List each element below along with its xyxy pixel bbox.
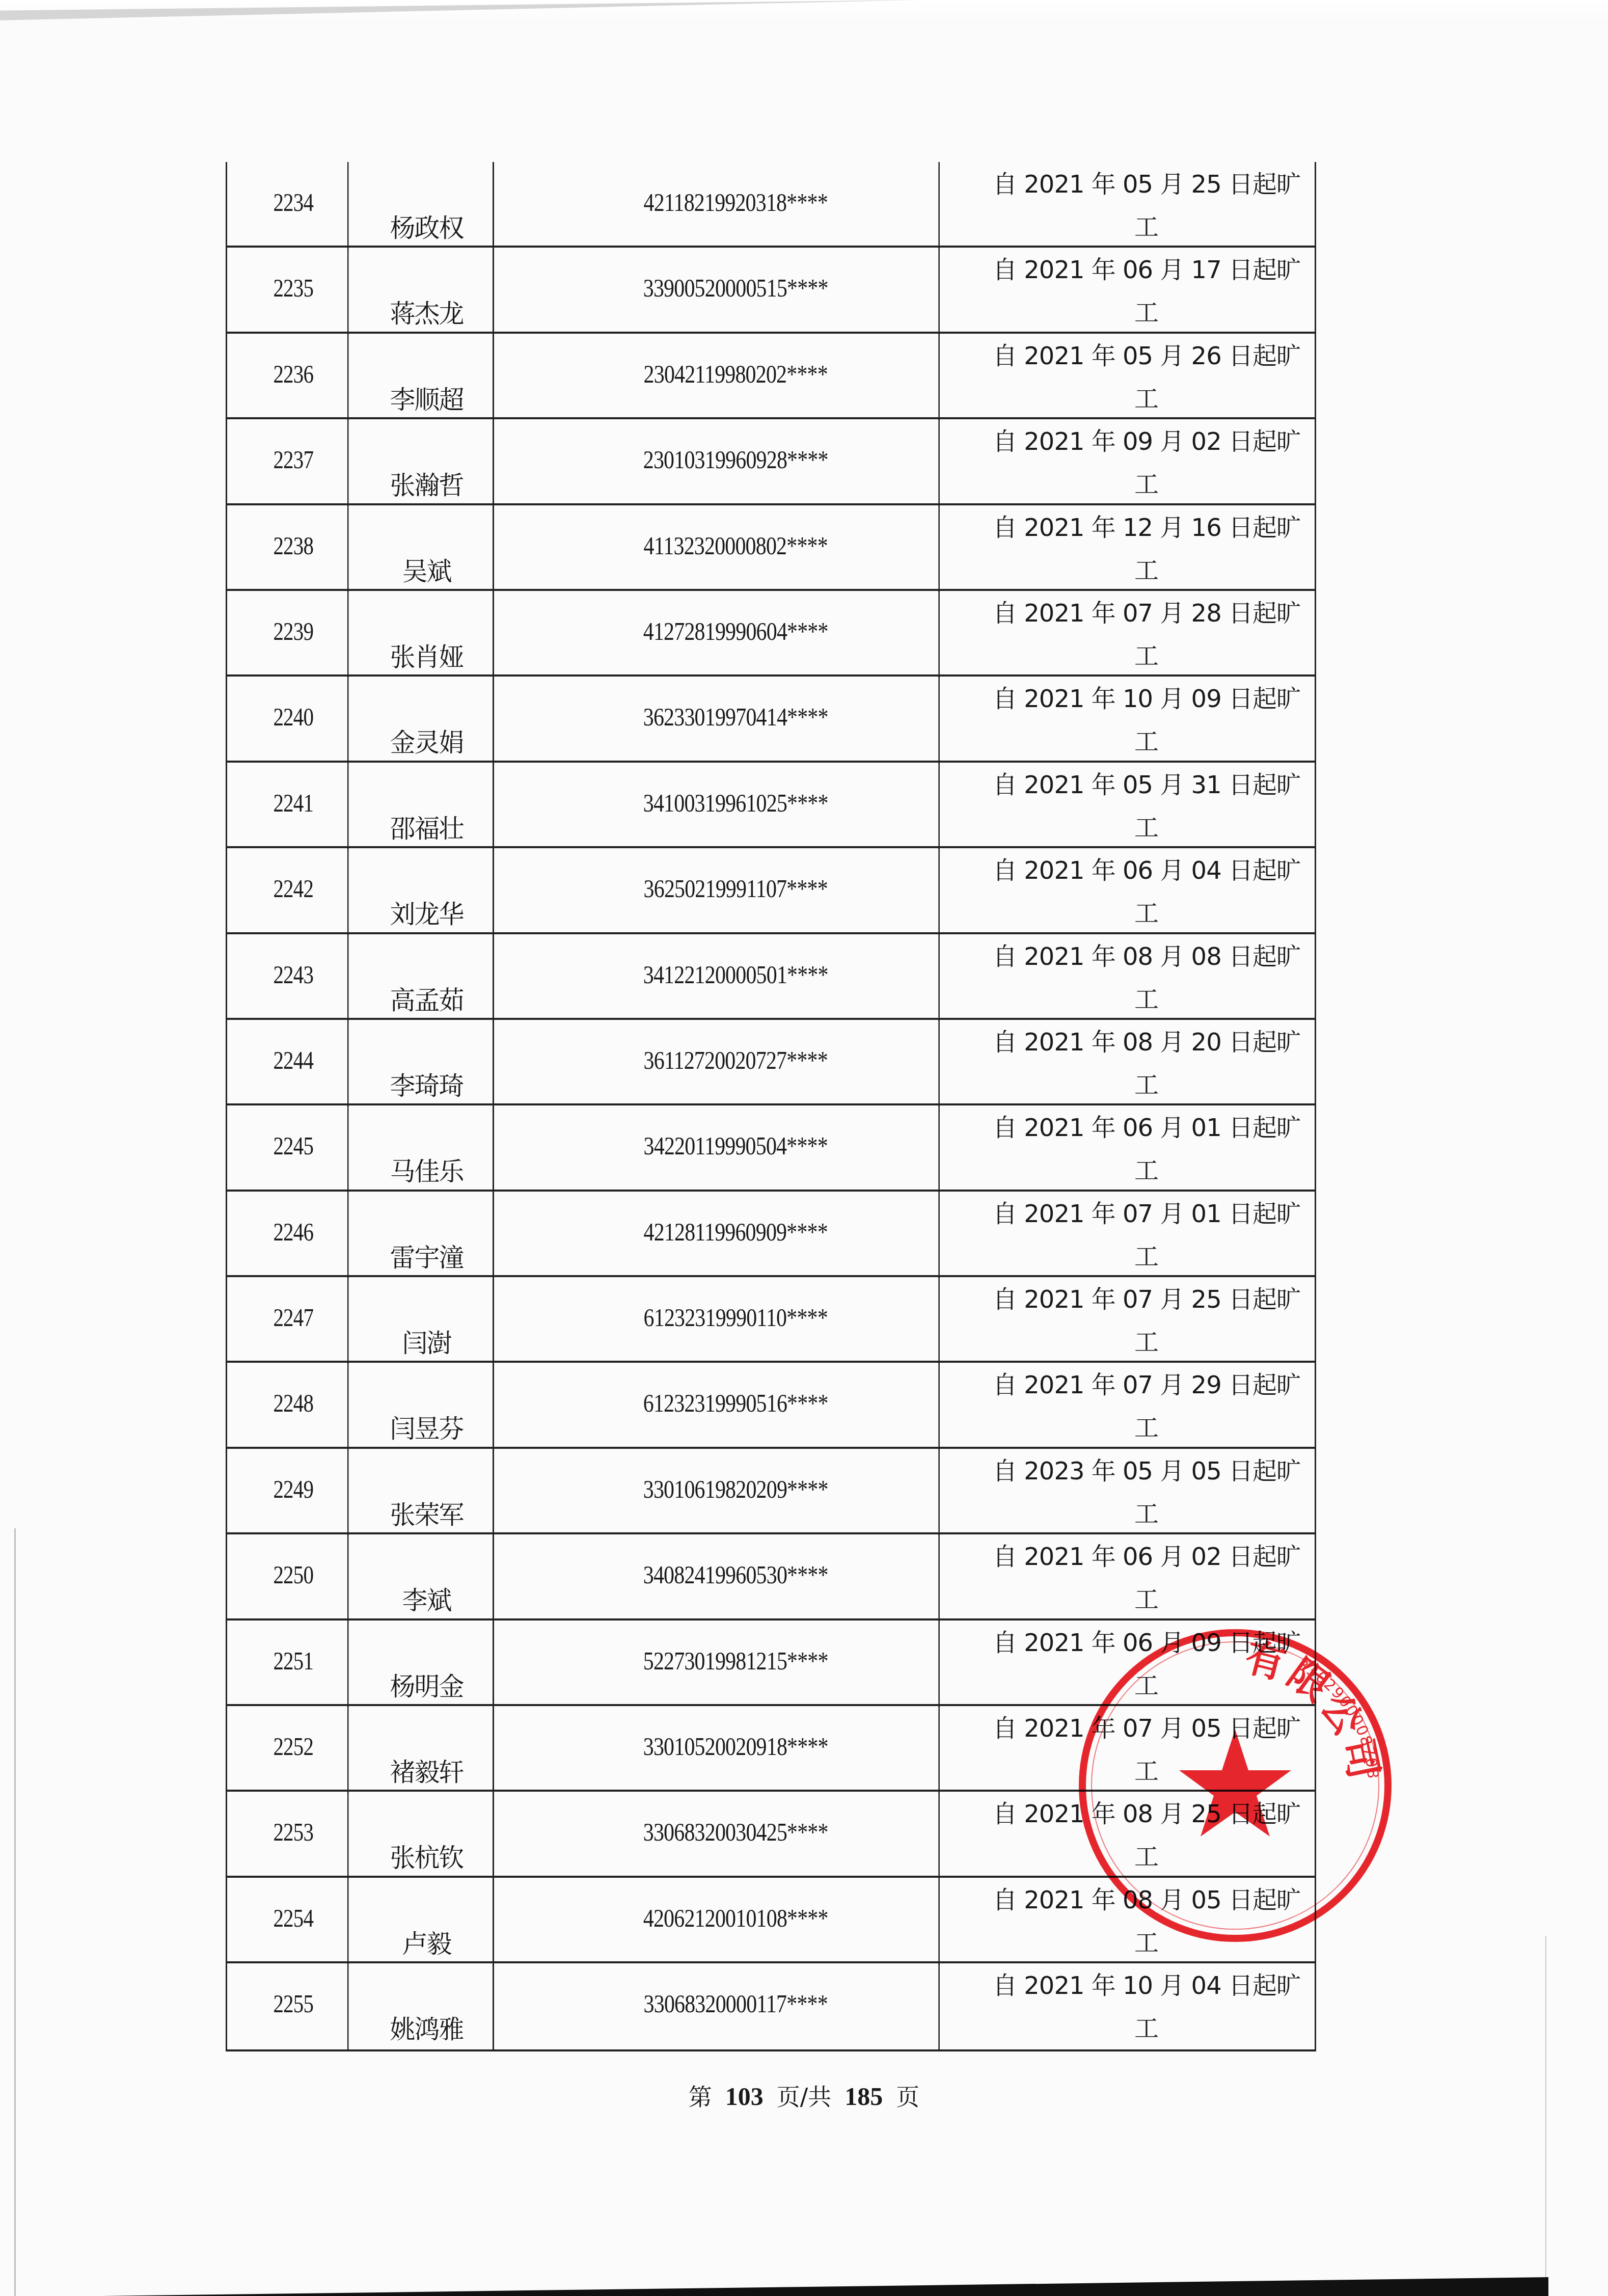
absence-start-date: 自 2021 年 06 月 09 日起旷 工 <box>978 1620 1315 1707</box>
table-row: 2234 杨政权 42118219920318**** 自 2021 年 05 … <box>227 162 1315 248</box>
id-number: 34122120000501**** <box>533 934 940 1021</box>
person-name: 马佳乐 <box>361 1105 494 1192</box>
row-number: 2244 <box>239 1020 349 1106</box>
id-number: 33900520000515**** <box>533 248 940 334</box>
table-row: 2237 张瀚哲 23010319960928**** 自 2021 年 09 … <box>227 419 1315 505</box>
scan-edge-right <box>1545 1936 1546 2292</box>
absence-date-continuation: 工 <box>978 1235 1315 1278</box>
row-number: 2235 <box>239 248 349 334</box>
absence-start-date: 自 2021 年 07 月 05 日起旷 工 <box>978 1706 1315 1793</box>
footer-middle: 页/共 <box>777 2083 832 2111</box>
absence-date-line: 自 2021 年 07 月 01 日起旷 <box>978 1193 1315 1235</box>
person-name: 卢毅 <box>361 1878 494 1964</box>
id-number: 34100319961025**** <box>533 763 940 849</box>
id-number: 23010319960928**** <box>533 419 940 506</box>
absence-start-date: 自 2021 年 07 月 29 日起旷 工 <box>978 1363 1315 1449</box>
page-footer: 第103页/共185页 <box>0 2078 1608 2112</box>
absence-start-date: 自 2021 年 06 月 01 日起旷 工 <box>978 1105 1315 1192</box>
person-name: 张荣军 <box>361 1449 494 1535</box>
table-row: 2246 雷宇潼 42128119960909**** 自 2021 年 07 … <box>227 1192 1315 1277</box>
row-number: 2245 <box>239 1105 349 1192</box>
absence-date-continuation: 工 <box>978 291 1315 334</box>
row-number: 2255 <box>239 1963 349 2050</box>
person-name: 闫澍 <box>361 1277 494 1364</box>
person-name: 姚鸿雅 <box>361 1963 494 2050</box>
row-number: 2253 <box>239 1792 349 1878</box>
total-pages-number: 185 <box>844 2082 883 2111</box>
table-row: 2241 邵福壮 34100319961025**** 自 2021 年 05 … <box>227 763 1315 848</box>
id-number: 61232319990110**** <box>533 1277 940 1364</box>
table-row: 2245 马佳乐 34220119990504**** 自 2021 年 06 … <box>227 1105 1315 1191</box>
absence-date-continuation: 工 <box>978 463 1315 506</box>
id-number: 34220119990504**** <box>533 1105 940 1192</box>
current-page-number: 103 <box>725 2082 764 2111</box>
absence-date-continuation: 工 <box>978 1149 1315 1192</box>
table-row: 2248 闫昱芬 61232319990516**** 自 2021 年 07 … <box>227 1363 1315 1448</box>
id-number: 36250219991107**** <box>533 848 940 935</box>
id-number: 61232319990516**** <box>533 1363 940 1449</box>
row-number: 2250 <box>239 1534 349 1621</box>
absence-date-line: 自 2021 年 05 月 26 日起旷 <box>978 335 1315 377</box>
absence-date-continuation: 工 <box>978 978 1315 1021</box>
absence-date-line: 自 2021 年 07 月 29 日起旷 <box>978 1364 1315 1407</box>
row-number: 2252 <box>239 1706 349 1793</box>
row-number: 2246 <box>239 1192 349 1278</box>
table-row: 2235 蒋杰龙 33900520000515**** 自 2021 年 06 … <box>227 248 1315 333</box>
absence-date-line: 自 2021 年 08 月 08 日起旷 <box>978 935 1315 978</box>
id-number: 36233019970414**** <box>533 677 940 763</box>
table-row: 2242 刘龙华 36250219991107**** 自 2021 年 06 … <box>227 848 1315 934</box>
absence-date-continuation: 工 <box>978 720 1315 763</box>
row-number: 2247 <box>239 1277 349 1364</box>
table-row: 2236 李顺超 23042119980202**** 自 2021 年 05 … <box>227 334 1315 419</box>
absence-date-line: 自 2021 年 10 月 09 日起旷 <box>978 678 1315 720</box>
row-number: 2248 <box>239 1363 349 1449</box>
absence-date-continuation: 工 <box>978 1321 1315 1364</box>
absence-start-date: 自 2021 年 08 月 05 日起旷 工 <box>978 1878 1315 1964</box>
absence-start-date: 自 2021 年 08 月 20 日起旷 工 <box>978 1020 1315 1106</box>
absence-start-date: 自 2021 年 10 月 04 日起旷 工 <box>978 1963 1315 2050</box>
absence-start-date: 自 2021 年 06 月 02 日起旷 工 <box>978 1534 1315 1621</box>
table-row: 2249 张荣军 33010619820209**** 自 2023 年 05 … <box>227 1449 1315 1534</box>
row-number: 2254 <box>239 1878 349 1964</box>
absence-start-date: 自 2021 年 06 月 17 日起旷 工 <box>978 248 1315 334</box>
absence-date-line: 自 2021 年 05 月 31 日起旷 <box>978 764 1315 806</box>
table-row: 2255 姚鸿雅 33068320000117**** 自 2021 年 10 … <box>227 1963 1315 2049</box>
absence-date-continuation: 工 <box>978 1064 1315 1106</box>
person-name: 杨政权 <box>361 162 494 249</box>
absence-date-line: 自 2021 年 08 月 25 日起旷 <box>978 1793 1315 1835</box>
id-number: 42118219920318**** <box>533 162 940 249</box>
table-row: 2238 吴斌 41132320000802**** 自 2021 年 12 月… <box>227 505 1315 591</box>
absentee-table: 2234 杨政权 42118219920318**** 自 2021 年 05 … <box>226 162 1316 2051</box>
absence-start-date: 自 2021 年 12 月 16 日起旷 工 <box>978 505 1315 592</box>
id-number: 34082419960530**** <box>533 1534 940 1621</box>
person-name: 张肖娅 <box>361 591 494 678</box>
absence-date-line: 自 2021 年 06 月 02 日起旷 <box>978 1535 1315 1578</box>
scan-edge-left <box>14 1528 16 2296</box>
absence-date-continuation: 工 <box>978 549 1315 592</box>
absence-date-line: 自 2021 年 06 月 17 日起旷 <box>978 249 1315 291</box>
footer-prefix: 第 <box>689 2083 712 2111</box>
table-row: 2250 李斌 34082419960530**** 自 2021 年 06 月… <box>227 1534 1315 1620</box>
person-name: 杨明金 <box>361 1620 494 1707</box>
absence-date-line: 自 2023 年 05 月 05 日起旷 <box>978 1450 1315 1493</box>
person-name: 褚毅轩 <box>361 1706 494 1793</box>
absence-date-line: 自 2021 年 07 月 05 日起旷 <box>978 1707 1315 1750</box>
row-number: 2251 <box>239 1620 349 1707</box>
absence-date-continuation: 工 <box>978 1407 1315 1449</box>
table-row: 2252 褚毅轩 33010520020918**** 自 2021 年 07 … <box>227 1706 1315 1792</box>
absence-date-line: 自 2021 年 08 月 05 日起旷 <box>978 1879 1315 1922</box>
person-name: 金灵娟 <box>361 677 494 763</box>
person-name: 李斌 <box>361 1534 494 1621</box>
person-name: 刘龙华 <box>361 848 494 935</box>
absence-date-line: 自 2021 年 07 月 28 日起旷 <box>978 592 1315 635</box>
id-number: 42128119960909**** <box>533 1192 940 1278</box>
person-name: 吴斌 <box>361 505 494 592</box>
absence-date-continuation: 工 <box>978 806 1315 849</box>
absence-date-continuation: 工 <box>978 892 1315 935</box>
row-number: 2249 <box>239 1449 349 1535</box>
id-number: 33010520020918**** <box>533 1706 940 1793</box>
absence-start-date: 自 2021 年 05 月 25 日起旷 工 <box>978 162 1315 249</box>
absence-date-continuation: 工 <box>978 1664 1315 1707</box>
footer-suffix: 页 <box>896 2083 919 2111</box>
person-name: 邵福壮 <box>361 763 494 849</box>
absence-start-date: 自 2021 年 06 月 04 日起旷 工 <box>978 848 1315 935</box>
id-number: 33068320000117**** <box>533 1963 940 2050</box>
absence-date-continuation: 工 <box>978 206 1315 249</box>
absence-date-continuation: 工 <box>978 1493 1315 1535</box>
id-number: 41132320000802**** <box>533 505 940 592</box>
row-number: 2237 <box>239 419 349 506</box>
absence-date-line: 自 2021 年 07 月 25 日起旷 <box>978 1278 1315 1321</box>
person-name: 张杭钦 <box>361 1792 494 1878</box>
absence-start-date: 自 2021 年 08 月 25 日起旷 工 <box>978 1792 1315 1878</box>
row-number: 2240 <box>239 677 349 763</box>
person-name: 张瀚哲 <box>361 419 494 506</box>
row-number: 2234 <box>239 162 349 249</box>
row-number: 2236 <box>239 334 349 420</box>
absence-start-date: 自 2021 年 05 月 31 日起旷 工 <box>978 763 1315 849</box>
absence-date-continuation: 工 <box>978 1750 1315 1793</box>
absence-start-date: 自 2023 年 05 月 05 日起旷 工 <box>978 1449 1315 1535</box>
id-number: 41272819990604**** <box>533 591 940 678</box>
absence-start-date: 自 2021 年 08 月 08 日起旷 工 <box>978 934 1315 1021</box>
table-row: 2251 杨明金 52273019981215**** 自 2021 年 06 … <box>227 1620 1315 1706</box>
person-name: 雷宇潼 <box>361 1192 494 1278</box>
person-name: 闫昱芬 <box>361 1363 494 1449</box>
absence-date-continuation: 工 <box>978 377 1315 420</box>
table-row: 2253 张杭钦 33068320030425**** 自 2021 年 08 … <box>227 1792 1315 1877</box>
table-row: 2254 卢毅 42062120010108**** 自 2021 年 08 月… <box>227 1878 1315 1963</box>
absence-start-date: 自 2021 年 07 月 01 日起旷 工 <box>978 1192 1315 1278</box>
row-number: 2238 <box>239 505 349 592</box>
absence-date-line: 自 2021 年 12 月 16 日起旷 <box>978 506 1315 549</box>
absence-start-date: 自 2021 年 07 月 25 日起旷 工 <box>978 1277 1315 1364</box>
id-number: 33068320030425**** <box>533 1792 940 1878</box>
person-name: 李琦琦 <box>361 1020 494 1106</box>
absence-date-line: 自 2021 年 06 月 01 日起旷 <box>978 1106 1315 1149</box>
person-name: 高孟茹 <box>361 934 494 1021</box>
scan-shadow-bottom <box>102 2277 1548 2296</box>
table-row: 2247 闫澍 61232319990110**** 自 2021 年 07 月… <box>227 1277 1315 1363</box>
id-number: 33010619820209**** <box>533 1449 940 1535</box>
absence-date-line: 自 2021 年 06 月 09 日起旷 <box>978 1622 1315 1664</box>
row-number: 2242 <box>239 848 349 935</box>
absence-start-date: 自 2021 年 07 月 28 日起旷 工 <box>978 591 1315 678</box>
absence-start-date: 自 2021 年 09 月 02 日起旷 工 <box>978 419 1315 506</box>
id-number: 36112720020727**** <box>533 1020 940 1106</box>
absence-date-continuation: 工 <box>978 1922 1315 1964</box>
absence-date-line: 自 2021 年 05 月 25 日起旷 <box>978 163 1315 206</box>
absence-start-date: 自 2021 年 10 月 09 日起旷 工 <box>978 677 1315 763</box>
id-number: 23042119980202**** <box>533 334 940 420</box>
absence-date-line: 自 2021 年 08 月 20 日起旷 <box>978 1021 1315 1064</box>
absence-date-line: 自 2021 年 06 月 04 日起旷 <box>978 849 1315 892</box>
table-row: 2243 高孟茹 34122120000501**** 自 2021 年 08 … <box>227 934 1315 1020</box>
id-number: 52273019981215**** <box>533 1620 940 1707</box>
table-row: 2240 金灵娟 36233019970414**** 自 2021 年 10 … <box>227 677 1315 762</box>
table-row: 2239 张肖娅 41272819990604**** 自 2021 年 07 … <box>227 591 1315 677</box>
absence-date-continuation: 工 <box>978 635 1315 678</box>
row-number: 2243 <box>239 934 349 1021</box>
absence-start-date: 自 2021 年 05 月 26 日起旷 工 <box>978 334 1315 420</box>
absence-date-continuation: 工 <box>978 1835 1315 1878</box>
absence-date-continuation: 工 <box>978 1578 1315 1621</box>
person-name: 蒋杰龙 <box>361 248 494 334</box>
row-number: 2241 <box>239 763 349 849</box>
table-row: 2244 李琦琦 36112720020727**** 自 2021 年 08 … <box>227 1020 1315 1105</box>
row-number: 2239 <box>239 591 349 678</box>
person-name: 李顺超 <box>361 334 494 420</box>
id-number: 42062120010108**** <box>533 1878 940 1964</box>
absence-date-line: 自 2021 年 10 月 04 日起旷 <box>978 1964 1315 2007</box>
absence-date-continuation: 工 <box>978 2007 1315 2050</box>
absence-date-line: 自 2021 年 09 月 02 日起旷 <box>978 420 1315 463</box>
